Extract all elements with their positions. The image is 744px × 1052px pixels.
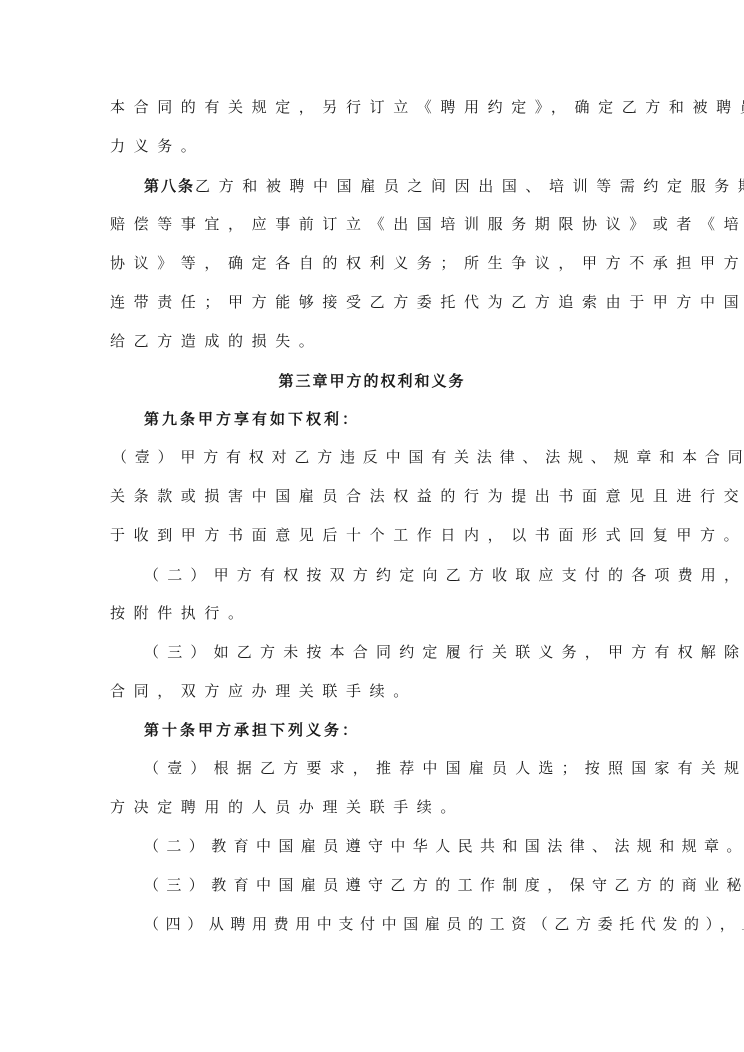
paragraph-line: 协议》等，确定各自的权利义务；所生争议，甲方不承担甲方中国雇员的 (110, 253, 634, 273)
paragraph-line: 赔偿等事宜，应事前订立《出国培训服务期限协议》或者《培训服务期限 (110, 214, 634, 234)
article-8-label: 第八条 (144, 177, 195, 195)
paragraph-line: 关条款或损害中国雇员合法权益的行为提出书面意见且进行交涉。乙方应 (110, 486, 634, 506)
paragraph-line: 力义务。 (110, 136, 634, 156)
article-9-heading: 第九条甲方享有如下权利： (144, 409, 634, 429)
paragraph-line: （三）教育中国雇员遵守乙方的工作制度，保守乙方的商业秘密。 (144, 875, 634, 895)
paragraph-line: （二）教育中国雇员遵守中华人民共和国法律、法规和规章。 (144, 836, 634, 856)
paragraph-line: （壹）甲方有权对乙方违反中国有关法律、法规、规章和本合同约定的有 (112, 447, 636, 467)
paragraph-line: 合同，双方应办理关联手续。 (110, 681, 634, 701)
document-page: 本合同的有关规定，另行订立《聘用约定》，确定乙方和被聘员工之间的权 力义务。 第… (0, 0, 744, 1052)
paragraph-line: （二）甲方有权按双方约定向乙方收取应支付的各项费用，具体标准 (144, 565, 634, 585)
article-10-heading: 第十条甲方承担下列义务： (144, 720, 634, 740)
paragraph-line: （三）如乙方未按本合同约定履行关联义务，甲方有权解除或终止本 (144, 642, 634, 662)
paragraph-line: （四）从聘用费用中支付中国雇员的工资（乙方委托代发的），且代扣 (144, 914, 634, 934)
article-8-line: 第八条乙方和被聘中国雇员之间因出国、培训等需约定服务期限、费用 (144, 176, 634, 196)
article-8-text: 乙方和被聘中国雇员之间因出国、培训等需约定服务期限、费用 (195, 177, 744, 195)
paragraph-line: （壹）根据乙方要求，推荐中国雇员人选；按照国家有关规定，为乙 (144, 758, 634, 778)
chapter-heading: 第三章甲方的权利和义务 (0, 371, 744, 391)
paragraph-line: 给乙方造成的损失。 (110, 331, 634, 351)
paragraph-line: 于收到甲方书面意见后十个工作日内，以书面形式回复甲方。 (110, 525, 634, 545)
paragraph-line: 按附件执行。 (110, 603, 634, 623)
paragraph-line: 方决定聘用的人员办理关联手续。 (110, 797, 634, 817)
paragraph-line: 本合同的有关规定，另行订立《聘用约定》，确定乙方和被聘员工之间的权 (110, 97, 634, 117)
paragraph-line: 连带责任；甲方能够接受乙方委托代为乙方追索由于甲方中国雇员违约而 (110, 292, 634, 312)
